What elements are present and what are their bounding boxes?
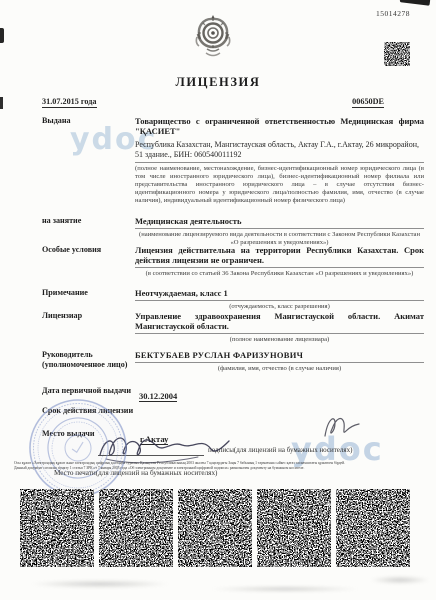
barcode-block xyxy=(178,489,252,567)
scan-artifact-left-edge xyxy=(0,28,4,43)
special-conditions-value: Лицензия действительна на территории Рес… xyxy=(135,245,424,268)
field-label-activity: на занятие xyxy=(42,216,146,226)
field-note-issued-to: (полное наименование, местонахождение, б… xyxy=(135,165,424,205)
field-licensor: Лицензиар Управление здравоохранения Ман… xyxy=(42,311,424,344)
field-label-issued-to: Выдана xyxy=(42,116,146,126)
field-label-licensor: Лицензиар xyxy=(42,311,146,321)
barcode-block xyxy=(99,489,173,567)
field-note-licensor: (полное наименование лицензиара) xyxy=(135,336,424,344)
field-note-head: (фамилия, имя, отчество (в случае наличи… xyxy=(135,365,424,373)
field-note-remark: (отчуждаемость, класс разрешения) xyxy=(135,303,424,311)
license-document: ydoc ydoc 15014278 ЛИЦЕНЗИЯ 31.07.2015 г… xyxy=(0,0,436,600)
field-head: Руководитель (уполномоченное лицо) БЕКТУ… xyxy=(42,350,424,373)
barcode-block xyxy=(257,489,331,567)
barcode-block xyxy=(336,489,410,567)
field-note-special-conditions: (в соответствии со статьей 36 Закона Рес… xyxy=(135,270,424,278)
field-issued-to: Выдана Товарищество с ограниченной ответ… xyxy=(42,116,424,205)
kazakhstan-emblem-icon xyxy=(194,13,232,59)
scan-smudge xyxy=(210,586,360,592)
stamp-caption: Место печати(для лицензий на бумажных но… xyxy=(54,469,217,477)
head-value: БЕКТУБАЕВ РУСЛАН ФАРИЗУНОВИЧ xyxy=(135,350,424,363)
licensee-name: Товарищество с ограниченной ответственно… xyxy=(135,116,424,136)
barcode-strip xyxy=(20,489,410,567)
licensor-value: Управление здравоохранения Мангистауской… xyxy=(135,311,424,334)
scan-smudge xyxy=(30,580,170,588)
field-activity: на занятие Медицинская деятельность (наи… xyxy=(42,216,424,247)
document-title: ЛИЦЕНЗИЯ xyxy=(0,75,436,90)
remark-value: Неотчуждаемая, класс 1 xyxy=(135,288,424,301)
field-label-remark: Примечание xyxy=(42,288,146,298)
scan-artifact-top-right xyxy=(400,0,431,6)
document-serial-number: 15014278 xyxy=(376,9,410,18)
field-special-conditions: Особые условия Лицензия действительна на… xyxy=(42,245,424,278)
issue-date: 31.07.2015 года xyxy=(42,97,97,106)
license-number: 00650DE xyxy=(352,97,384,106)
scan-smudge xyxy=(370,576,430,584)
activity-value: Медицинская деятельность xyxy=(135,216,424,229)
barcode-block xyxy=(20,489,94,567)
field-label-head: Руководитель (уполномоченное лицо) xyxy=(42,350,146,369)
handwritten-mark xyxy=(318,410,364,444)
field-remark: Примечание Неотчуждаемая, класс 1 (отчуж… xyxy=(42,288,424,311)
scan-artifact-left-edge-2 xyxy=(0,97,3,109)
licensee-address: Республика Казахстан, Мангистауская обла… xyxy=(135,140,424,163)
qr-code xyxy=(384,42,410,66)
field-label-special-conditions: Особые условия xyxy=(42,245,146,255)
